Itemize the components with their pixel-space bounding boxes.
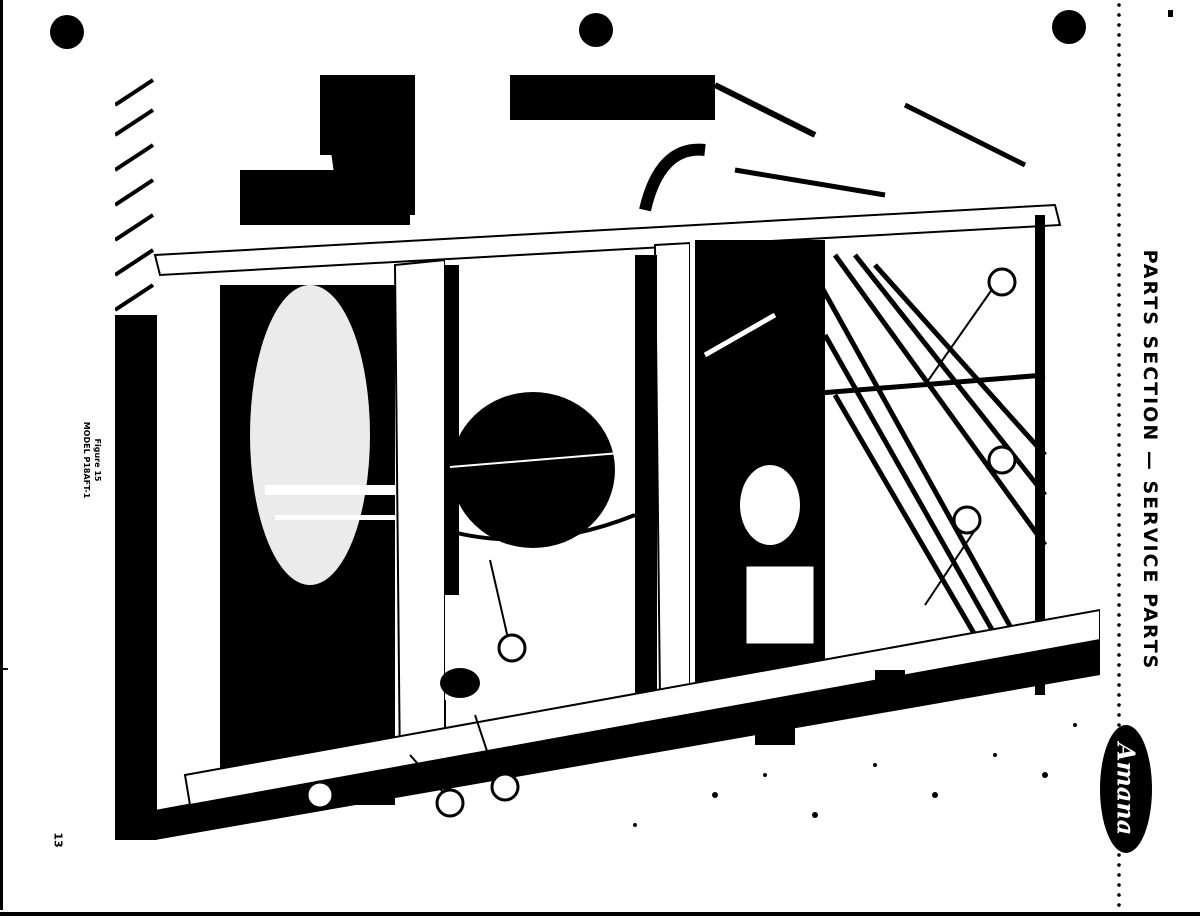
punch-hole-left [50, 15, 84, 49]
corner-mark [1168, 10, 1173, 17]
page-border-left [0, 0, 3, 910]
photo-illustration [115, 75, 1100, 840]
binding-tick-mark [0, 668, 8, 670]
callout-fan-shroud [499, 635, 525, 661]
callout-base-middle [437, 790, 463, 816]
section-title: PARTS SECTION — SERVICE PARTS [1139, 250, 1161, 671]
callout-coil-lower [954, 507, 980, 533]
terminal-box [745, 565, 815, 645]
unit-photograph [115, 75, 1100, 840]
punch-hole-middle [579, 13, 613, 47]
callout-coil-middle [989, 447, 1015, 473]
punch-hole-right [1052, 10, 1086, 44]
figure-model: MODEL P18AFT-1 [81, 422, 92, 499]
callout-coil-top [989, 269, 1015, 295]
figure-caption: Figure 15 MODEL P18AFT-1 [81, 422, 103, 499]
fan-opening [451, 392, 615, 548]
amana-logo-text: Amana [1112, 743, 1141, 836]
left-shadow [115, 315, 157, 840]
callout-base-right [492, 774, 518, 800]
figure-label: Figure 15 [92, 422, 103, 499]
page-border-bottom [0, 912, 1200, 916]
page-number: 13 [52, 832, 65, 847]
callout-base-left [307, 782, 333, 808]
